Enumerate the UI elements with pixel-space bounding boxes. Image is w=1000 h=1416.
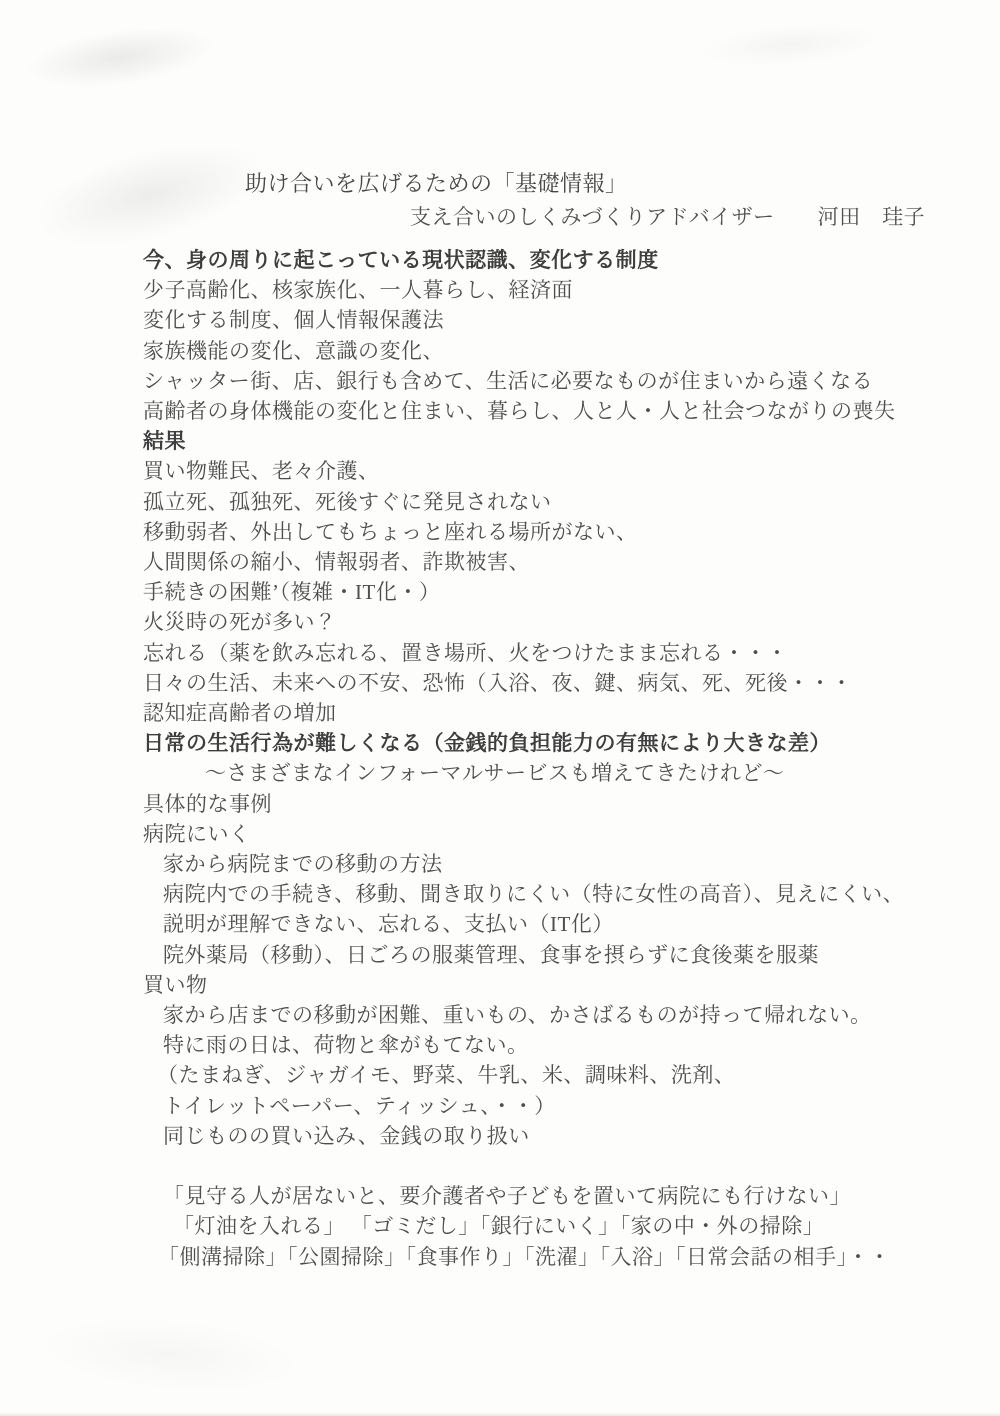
text-line: 高齢者の身体機能の変化と住まい、暮らし、人と人・人と社会つながりの喪失 [143,396,903,426]
text-line: 病院にいく [143,819,903,849]
blank-line [143,1151,903,1181]
text-line: ～さまざまなインフォーマルサービスも増えてきたけれど～ [143,758,903,788]
text-line: 同じものの買い込み、金銭の取り扱い [143,1121,903,1151]
document-title: 助け合いを広げるための「基礎情報」 [143,168,903,200]
text-line: シャッター街、店、銀行も含めて、生活に必要なものが住まいから遠くなる [143,366,903,396]
text-line: 人間関係の縮小、情報弱者、詐欺被害、 [143,547,903,577]
text-line: 少子高齢化、核家族化、一人暮らし、経済面 [143,275,903,305]
document-content: 助け合いを広げるための「基礎情報」 支え合いのしくみづくりアドバイザー 河田 珪… [143,168,903,1272]
document-body: 今、身の周りに起こっている現状認識、変化する制度少子高齢化、核家族化、一人暮らし… [143,245,903,1272]
text-line: 忘れる（薬を飲み忘れる、置き場所、火をつけたまま忘れる・・・ [143,638,903,668]
text-line: 孤立死、孤独死、死後すぐに発見されない [143,487,903,517]
text-line: 家から店までの移動が困難、重いもの、かさばるものが持って帰れない。 [143,1000,903,1030]
text-line: 結果 [143,426,903,456]
text-line: 日々の生活、未来への不安、恐怖（入浴、夜、鍵、病気、死、死後・・・ [143,668,903,698]
scan-smudge [37,1309,302,1401]
scan-smudge [699,17,882,73]
text-line: 認知症高齢者の増加 [143,698,903,728]
scan-bottom-edge [0,1412,1000,1416]
text-line: 家族機能の変化、意識の変化、 [143,336,903,366]
text-line: 病院内での手続き、移動、聞き取りにくい（特に女性の高音）、見えにくい、 [143,879,903,909]
text-line: 今、身の周りに起こっている現状認識、変化する制度 [143,245,903,275]
text-line: 買い物難民、老々介護、 [143,456,903,486]
text-line: 「側溝掃除」「公園掃除」「食事作り」「洗濯」「入浴」「日常会話の相手」・・ [143,1242,903,1272]
scanned-document-page: 助け合いを広げるための「基礎情報」 支え合いのしくみづくりアドバイザー 河田 珪… [0,0,1000,1416]
text-line: 「見守る人が居ないと、要介護者や子どもを置いて病院にも行けない」 [143,1181,903,1211]
scan-smudge [22,17,218,98]
text-line: 手続きの困難’（複雑・IT化・） [143,577,903,607]
text-line: 買い物 [143,970,903,1000]
text-line: （たまねぎ、ジャガイモ、野菜、牛乳、米、調味料、洗剤、 [143,1060,903,1090]
text-line: 家から病院までの移動の方法 [143,849,903,879]
text-line: 変化する制度、個人情報保護法 [143,305,903,335]
text-line: 日常の生活行為が難しくなる（金銭的負担能力の有無により大きな差） [143,728,903,758]
text-line: 火災時の死が多い？ [143,607,903,637]
text-line: 特に雨の日は、荷物と傘がもてない。 [143,1030,903,1060]
document-byline: 支え合いのしくみづくりアドバイザー 河田 珪子 [143,200,903,234]
text-line: 説明が理解できない、忘れる、支払い（IT化） [143,909,903,939]
text-line: 具体的な事例 [143,789,903,819]
text-line: トイレットペーパー、ティッシュ、・・） [143,1091,903,1121]
text-line: 院外薬局（移動）、日ごろの服薬管理、食事を摂らずに食後薬を服薬 [143,940,903,970]
text-line: 移動弱者、外出してもちょっと座れる場所がない、 [143,517,903,547]
text-line: 「灯油を入れる」 「ゴミだし」「銀行にいく」「家の中・外の掃除」 [143,1211,903,1241]
